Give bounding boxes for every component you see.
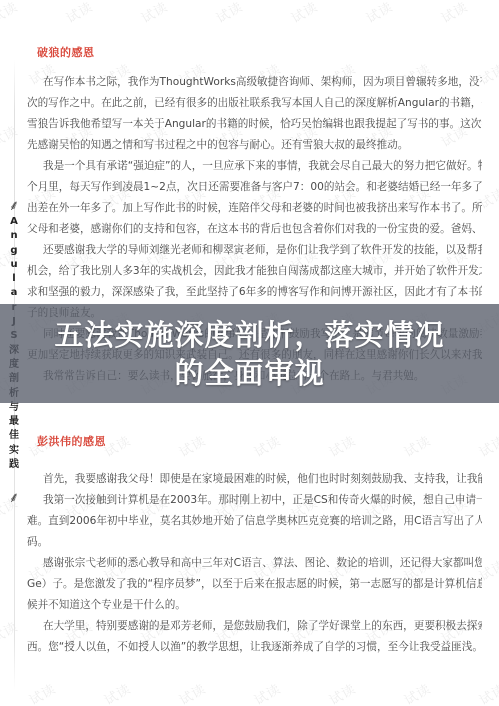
- watermark-text: 试读: [362, 0, 396, 27]
- watermark-text: 试读: [0, 0, 21, 27]
- text-line: 西。您“授人以鱼，不如授人以渔”的教学思想，让我逐渐养成了自学的习惯，至今让我受…: [27, 637, 482, 658]
- text-line: 出差在外一年多了。加上写作此书的时候，连陪伴父母和老婆的时间也被我挤出来写作本书…: [27, 198, 482, 219]
- text-line: 我第一次接触到计算机是在2003年。那时刚上初中，正是CS和传奇火爆的时候，想自…: [27, 490, 482, 511]
- text-line: Ge）子。是您激发了我的“程序员梦”，以至于后来在报志愿的时候，第一志愿写的都是…: [27, 574, 482, 595]
- title-banner: 五法实施深度剖析，落实情况 的全面审视: [0, 304, 499, 403]
- watermark-text: 试读: [250, 678, 284, 706]
- sidebar-title-char: u: [10, 258, 17, 272]
- text-line: 雪狼告诉我他希望写一本关于Angular的书籍的时候，恰巧吴怡编辑也跟我提起了写…: [27, 114, 482, 135]
- sidebar-title-char: l: [12, 272, 15, 286]
- watermark-text: 试读: [0, 120, 21, 150]
- text-line: 机会，给了我比别人多3年的实战机会，因此我才能独自闯荡成都这座大城市，并开始了软…: [27, 261, 482, 282]
- document-page: 试读试读试读试读试读试读试读试读试读试读试读试读试读试读试读试读试读试读试读试读…: [0, 0, 499, 706]
- section-body-penghongwei: 首先，我要感谢我父母！即使是在家境最困难的时候，他们也时时刻刻鼓励我、支持我，让…: [27, 469, 482, 658]
- text-line: 码。: [27, 532, 482, 553]
- text-line: 我是一个具有承诺“强迫症”的人，一旦应承下来的事情，我就会尽自己最大的努力把它做…: [27, 156, 482, 177]
- watermark-text: 试读: [325, 678, 359, 706]
- watermark-text: 试读: [325, 430, 359, 460]
- watermark-text: 试读: [400, 430, 434, 460]
- watermark-text: 试读: [62, 0, 96, 27]
- watermark-text: 试读: [100, 678, 134, 706]
- watermark-text: 试读: [250, 430, 284, 460]
- sidebar-title-char: a: [11, 286, 18, 300]
- text-line: 先感谢吴怡的知遇之情和写书过程之中的包容与耐心。还有雪狼大叔的最终推动。: [27, 135, 482, 156]
- sidebar-title-char: 践: [9, 458, 19, 472]
- watermark-text: 试读: [25, 678, 59, 706]
- watermark-text: 试读: [212, 0, 246, 27]
- watermark-text: 试读: [437, 0, 471, 27]
- watermark-text: 试读: [137, 0, 171, 27]
- watermark-text: 试读: [475, 430, 499, 460]
- watermark-text: 试读: [287, 0, 321, 27]
- watermark-text: 试读: [175, 430, 209, 460]
- text-line: 还要感谢我大学的导师刘继光老师和柳翠寅老师，是你们让我学到了软件开发的技能，以及…: [27, 240, 482, 261]
- ornament-top-icon: ⸙: [3, 198, 25, 214]
- text-line: 候并不知道这个专业是干什么的。: [27, 595, 482, 616]
- watermark-text: 试读: [0, 616, 21, 646]
- text-line: 父母和老婆，感谢你们的支持和包容，在这本书的背后也包含着你们对我的一份宝贵的爱。…: [27, 219, 482, 240]
- text-line: 感谢张宗弋老师的悉心教导和高中三年对C语言、算法、图论、数论的培训，还记得大家都…: [27, 553, 482, 574]
- watermark-text: 试读: [400, 678, 434, 706]
- sidebar-title-char: 最: [9, 415, 19, 429]
- text-line: 次的写作之中。在此之前，已经有很多的出版社联系我写本国人自己的深度解析Angul…: [27, 93, 482, 114]
- section-heading-penghongwei: 彭洪伟的感恩: [37, 433, 106, 449]
- watermark-text: 试读: [475, 678, 499, 706]
- sidebar-title-char: n: [10, 229, 17, 243]
- watermark-text: 试读: [175, 678, 209, 706]
- sidebar-title-char: 佳: [9, 429, 19, 443]
- text-line: 个月里，每天写作到凌晨1~2点，次日还需要准备与客户7：00的站会。和老婆结婚已…: [27, 177, 482, 198]
- banner-title-line-2: 的全面审视: [174, 354, 324, 392]
- text-line: 难。直到2006年初中毕业，莫名其妙地开始了信息学奥林匹克竞赛的培训之路，用C语…: [27, 511, 482, 532]
- text-line: 在写作本书之际，我作为ThoughtWorks高级敏捷咨询师、架构师，因为项目曾…: [27, 72, 482, 93]
- text-line: 首先，我要感谢我父母！即使是在家境最困难的时候，他们也时时刻刻鼓励我、支持我，让…: [27, 469, 482, 490]
- section-heading-polang: 破狼的感恩: [37, 44, 95, 60]
- banner-title-line-1: 五法实施深度剖析，落实情况: [54, 316, 444, 354]
- ornament-bottom-icon: ⸙: [3, 490, 25, 506]
- text-line: 在大学里，特别要感谢的是邓芳老师，是您鼓励我们，除了学好课堂上的东西，更要积极去…: [27, 616, 482, 637]
- text-line: 求和坚强的毅力，深深感染了我，至此坚持了6年多的博客写作和问博开源社区，因此才有…: [27, 282, 482, 303]
- sidebar-title-char: A: [10, 215, 18, 229]
- sidebar-title-char: 与: [9, 401, 19, 415]
- sidebar-title-char: g: [10, 244, 17, 258]
- sidebar-title-char: 实: [9, 444, 19, 458]
